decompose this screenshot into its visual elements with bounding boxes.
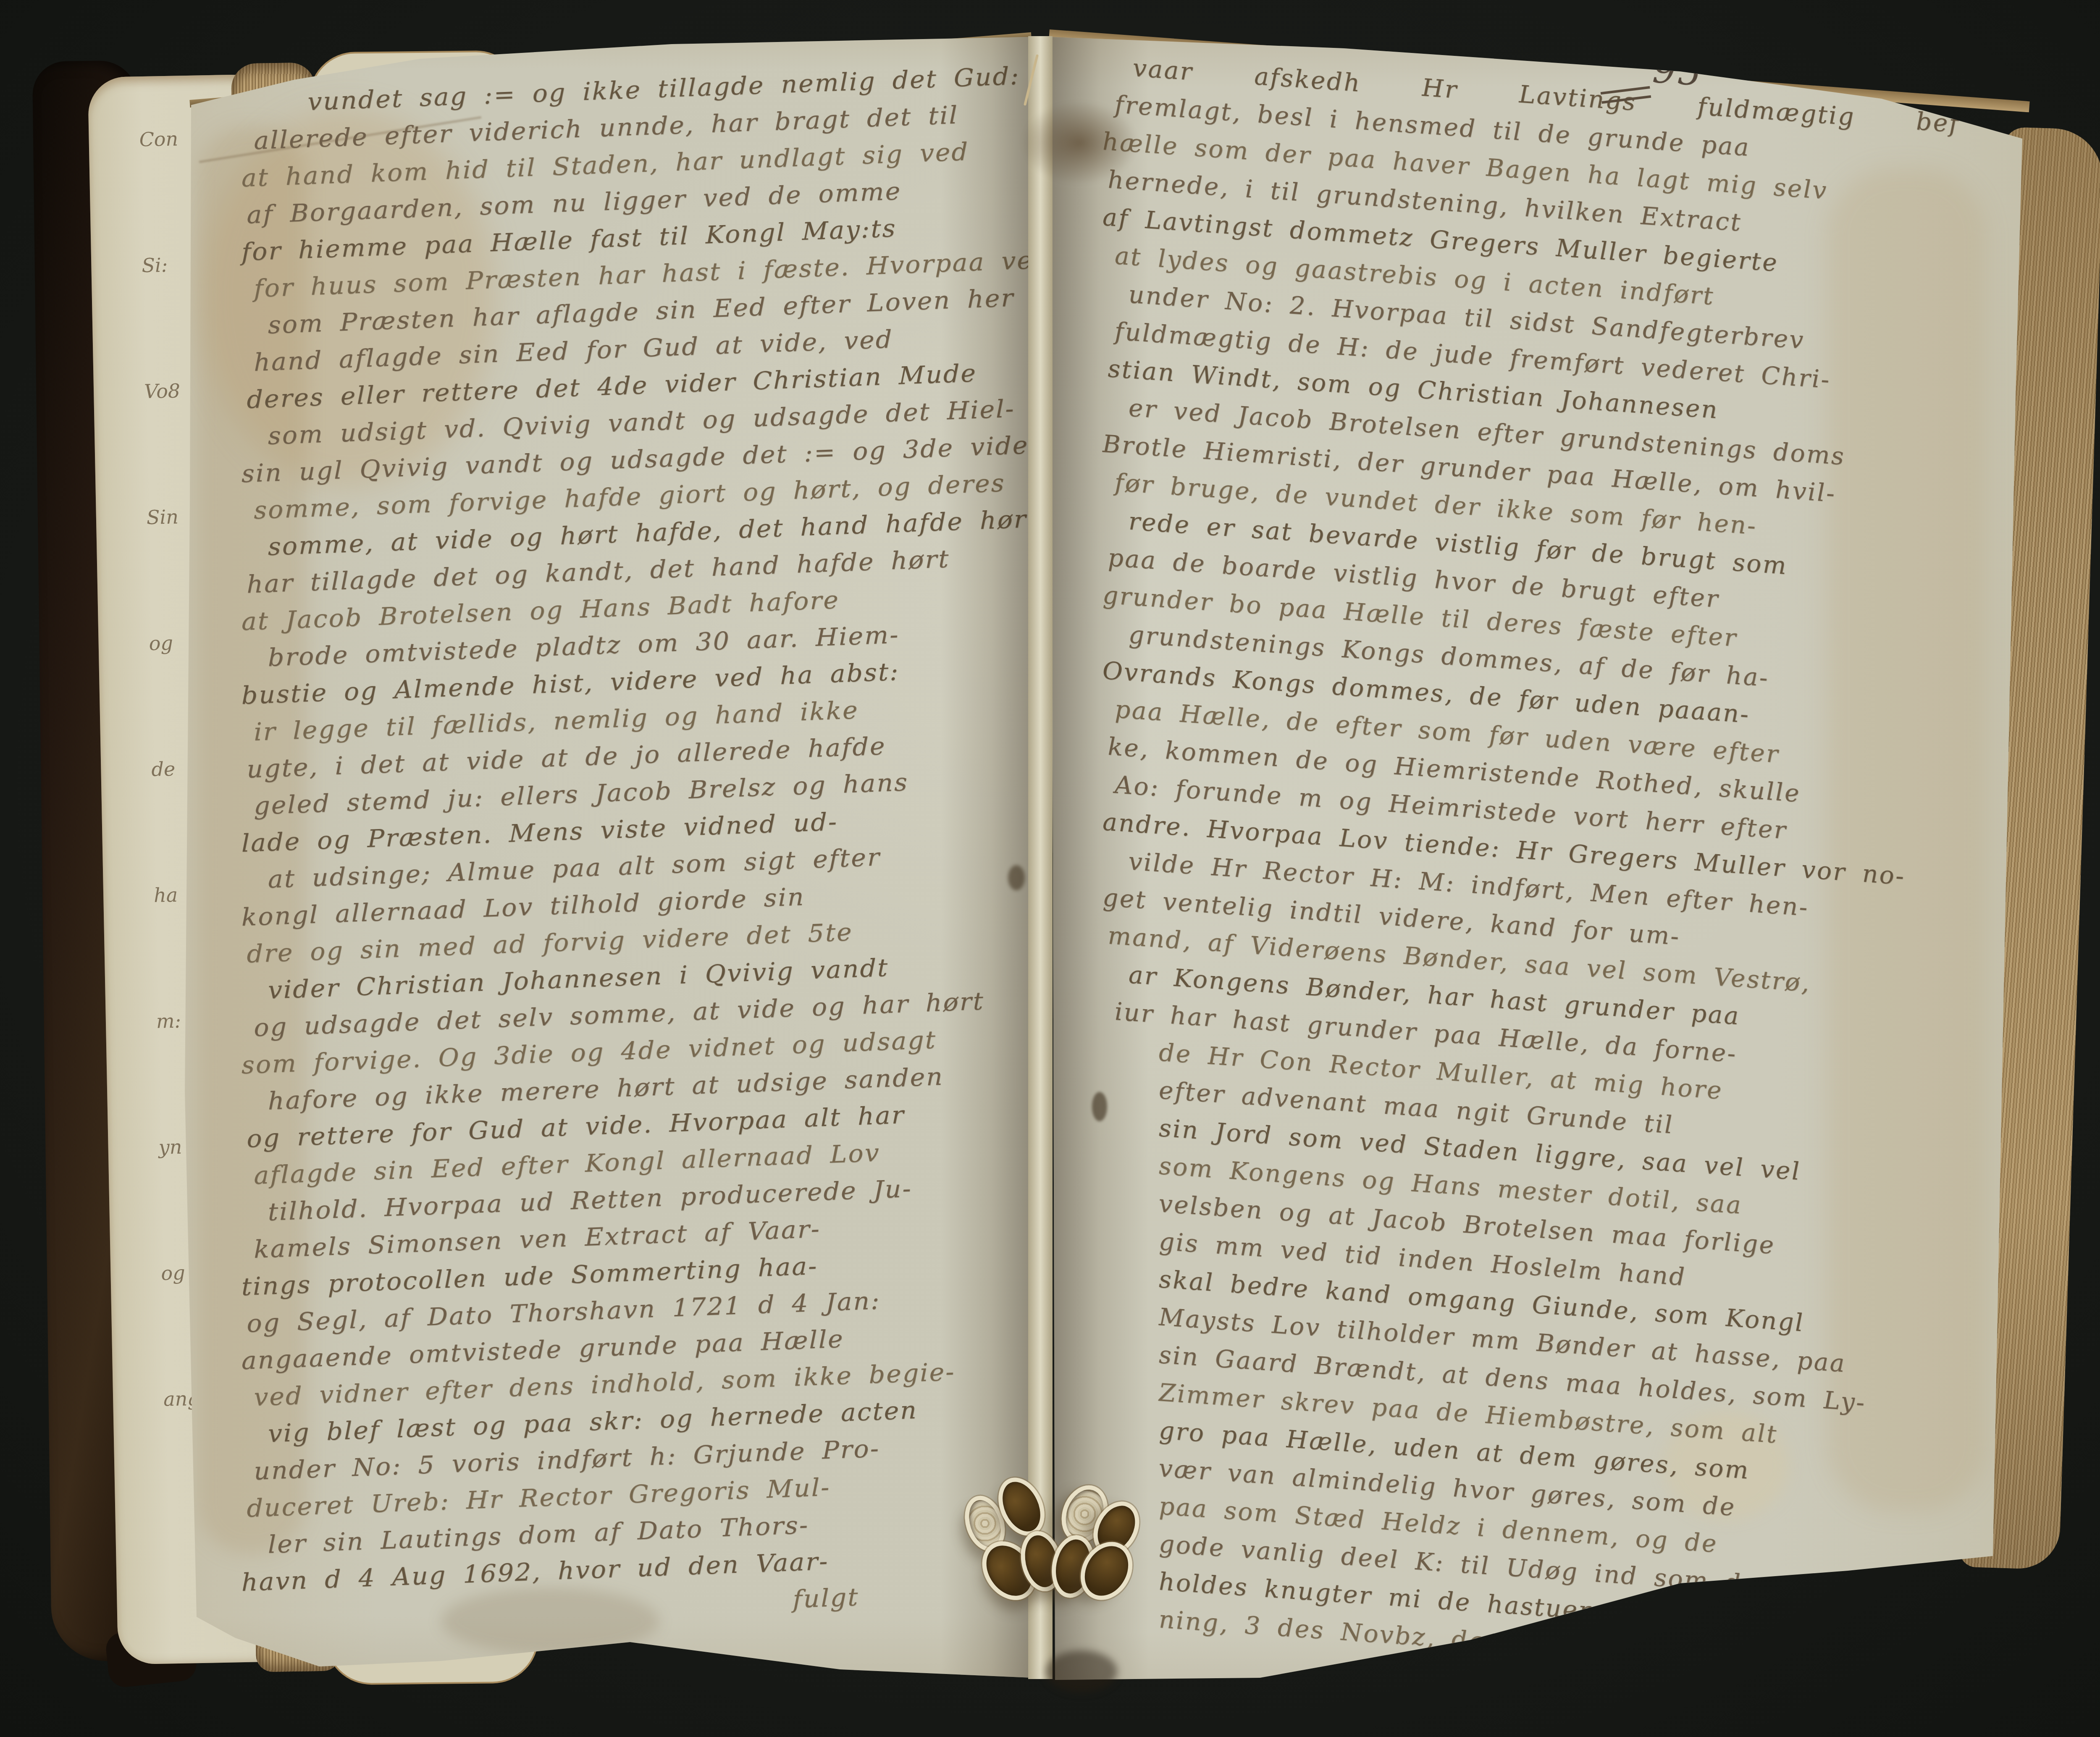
manuscript-line: ning, 3 des Novbz, da haslum Dagmi bbox=[1159, 1601, 2003, 1696]
left-page-text: vundet sag := og ikke tillagde nemlig de… bbox=[241, 56, 1062, 1638]
right-page-text: vaar afskedh Hr Lavtings fuldmægtig beff… bbox=[1102, 47, 2002, 1696]
archival-photo: ConSi:Vo8Sinogdeham:ynogang vundet sag :… bbox=[0, 0, 2100, 1737]
page-number: 95 bbox=[1651, 48, 1705, 94]
gutter-fold bbox=[1028, 36, 1053, 1679]
